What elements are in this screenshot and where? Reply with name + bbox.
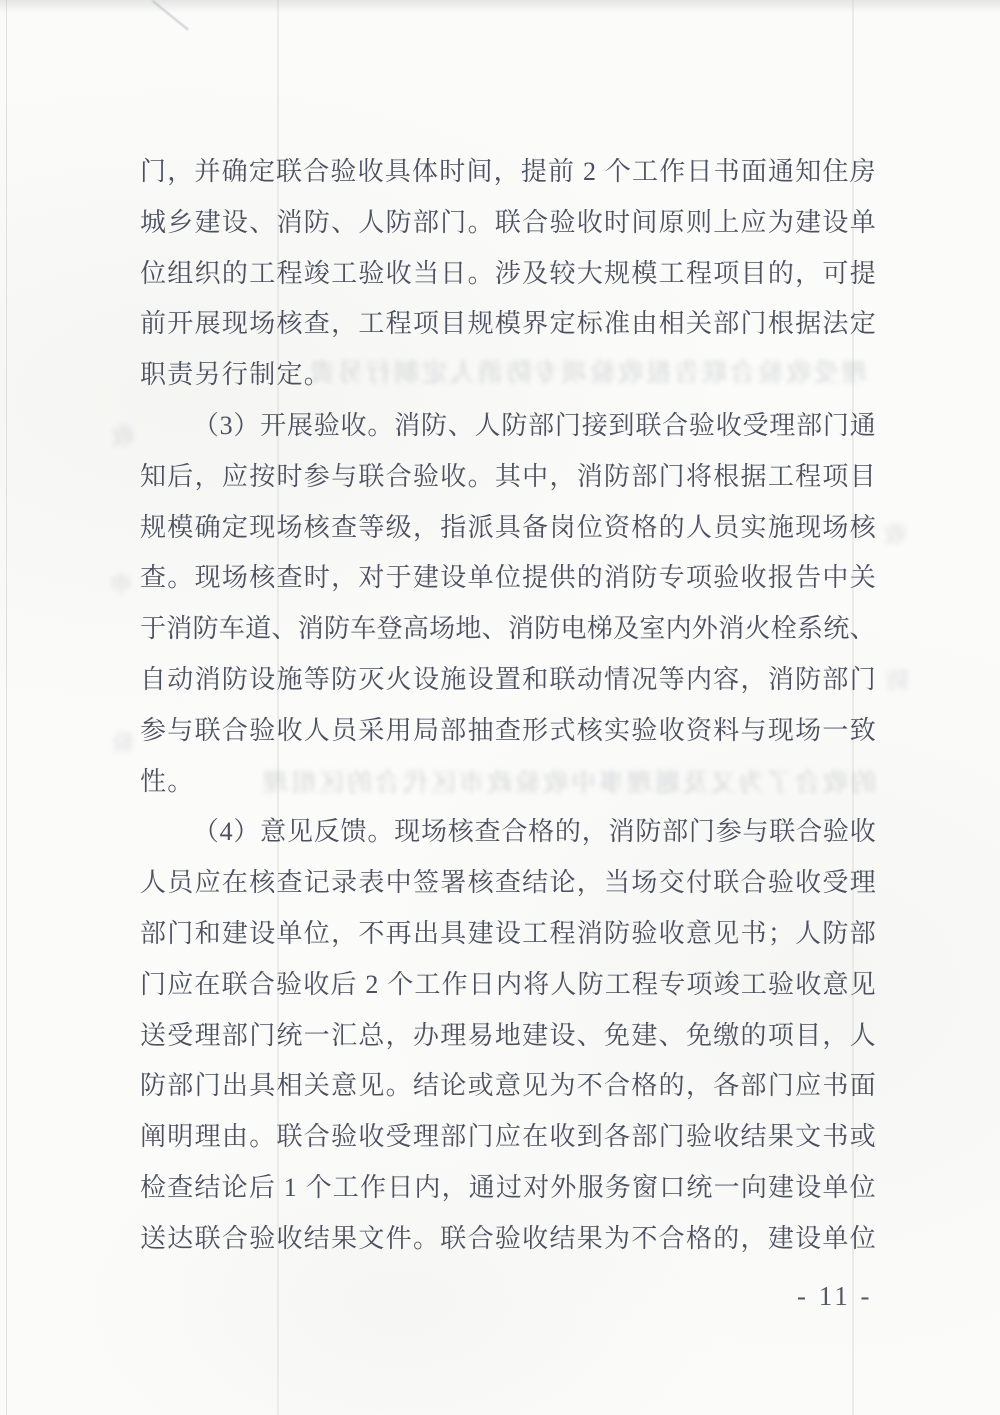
glyph: 时 [276, 452, 302, 503]
text-line: 城乡建设、消防、人防部门。联合验收时间原则上应为建设单 [140, 198, 876, 249]
glyph: 部 [140, 909, 166, 960]
glyph: 门 [440, 198, 466, 249]
glyph: 房 [850, 147, 876, 198]
glyph: 合 [468, 1214, 494, 1265]
glyph: 、 [659, 1011, 685, 1062]
glyph: 格 [686, 1214, 712, 1265]
glyph: 等 [304, 655, 330, 706]
paragraph-continuation: 门，并确定联合验收具体时间，提前 2 个工作日书面通知住房城乡建设、消防、人防部… [140, 147, 876, 401]
glyph: 联 [195, 706, 221, 757]
glyph: 竣 [714, 960, 740, 1011]
glyph: 目 [741, 249, 767, 300]
glyph: 消 [298, 604, 324, 655]
glyph: 防 [795, 655, 821, 706]
glyph: 和 [522, 655, 548, 706]
glyph: 见 [713, 909, 739, 960]
glyph: 单 [468, 553, 494, 604]
glyph: 于 [140, 604, 166, 655]
glyph [276, 1163, 283, 1214]
glyph: 日 [686, 147, 712, 198]
glyph: 受 [743, 401, 769, 452]
glyph: 。 [367, 401, 393, 452]
glyph: 位 [495, 553, 521, 604]
glyph: 不 [358, 909, 384, 960]
glyph: 验 [358, 249, 384, 300]
glyph: 。 [468, 452, 494, 503]
glyph: 相 [276, 1061, 302, 1112]
text-line: 防部门出具相关意见。结论或意见为不合格的，各部门应书面 [140, 1061, 876, 1112]
glyph: ， [577, 858, 603, 909]
glyph: ， [549, 452, 575, 503]
glyph: 统 [276, 1011, 302, 1062]
glyph: 验 [276, 960, 302, 1011]
glyph: 验 [330, 147, 356, 198]
glyph: 收 [276, 706, 302, 757]
glyph: 验 [713, 553, 739, 604]
glyph: 据 [795, 299, 821, 350]
glyph: 门 [850, 655, 876, 706]
glyph: 书 [714, 147, 740, 198]
glyph: 理 [850, 858, 876, 909]
glyph: 根 [713, 452, 739, 503]
glyph: 理 [195, 1011, 221, 1062]
glyph: 设 [413, 655, 439, 706]
glyph: 2 [583, 147, 596, 198]
glyph: 合 [741, 858, 767, 909]
glyph: 间 [631, 198, 657, 249]
glyph: 人 [686, 503, 712, 554]
glyph: 高 [403, 604, 429, 655]
glyph: 灭 [358, 655, 384, 706]
glyph: 面 [850, 1061, 876, 1112]
glyph: 和 [195, 909, 221, 960]
glyph: 论 [222, 1163, 248, 1214]
glyph: 收 [440, 452, 466, 503]
glyph: 展 [195, 299, 221, 350]
glyph: 明 [167, 1112, 193, 1163]
glyph: ， [795, 249, 821, 300]
bleedthrough-speck: 验 [112, 726, 134, 757]
text-line: （3）开展验收。消防、人防部门接到联合验收受理部门通 [140, 401, 876, 452]
glyph: 具 [440, 909, 466, 960]
glyph: 的 [659, 503, 685, 554]
glyph: 程 [686, 249, 712, 300]
glyph: 合 [501, 807, 527, 858]
glyph: 地 [455, 604, 481, 655]
glyph: 单 [850, 198, 876, 249]
glyph: 现 [394, 807, 420, 858]
glyph: 内 [496, 960, 522, 1011]
glyph: 将 [523, 960, 549, 1011]
glyph: 确 [195, 503, 221, 554]
glyph: 核 [304, 503, 330, 554]
glyph: 地 [495, 1011, 521, 1062]
glyph: 设 [222, 198, 248, 249]
glyph: 知 [140, 452, 166, 503]
glyph: 部 [167, 1061, 193, 1112]
glyph: 由 [631, 299, 657, 350]
glyph: 员 [167, 858, 193, 909]
glyph: 员 [713, 503, 739, 554]
glyph: ， [331, 299, 357, 350]
glyph: 验 [495, 1214, 521, 1265]
glyph: 登 [377, 604, 403, 655]
glyph: 程 [632, 960, 658, 1011]
glyph: 工 [249, 249, 275, 300]
glyph: 再 [386, 909, 412, 960]
glyph: 位 [850, 1163, 876, 1214]
glyph: 验 [314, 401, 340, 452]
text-line: 职责另行制定。 [140, 350, 876, 401]
glyph: 、 [249, 198, 275, 249]
text-line: 查。现场核查时，对于建设单位提供的消防专项验收报告中关 [140, 553, 876, 604]
document-body-text: 门，并确定联合验收具体时间，提前 2 个工作日书面通知住房城乡建设、消防、人防部… [140, 147, 876, 1265]
glyph: 、 [577, 1011, 603, 1062]
glyph: 相 [659, 299, 685, 350]
glyph: 施 [440, 655, 466, 706]
glyph: ， [686, 1061, 712, 1112]
glyph: 交 [659, 858, 685, 909]
glyph: 项 [413, 299, 439, 350]
paragraph-item-4: （4）意见反馈。现场核查合格的，消防部门参与联合验收人员应在核查记录表中签署核查… [140, 807, 876, 1264]
glyph: 场 [421, 807, 447, 858]
glyph: 、 [850, 604, 876, 655]
glyph: 当 [604, 858, 630, 909]
glyph: 收 [741, 553, 767, 604]
glyph: 对 [358, 553, 384, 604]
glyph: 日 [440, 249, 466, 300]
glyph: 结 [413, 1061, 439, 1112]
glyph: ， [741, 655, 767, 706]
glyph: 外 [692, 604, 718, 655]
glyph: 合 [222, 1214, 248, 1265]
glyph: 关 [304, 1061, 330, 1112]
glyph: 容 [713, 655, 739, 706]
glyph: 派 [468, 503, 494, 554]
glyph: 向 [741, 1163, 767, 1214]
glyph: 门 [659, 1112, 685, 1163]
glyph: 免 [686, 1011, 712, 1062]
glyph: 付 [686, 858, 712, 909]
glyph: 收 [341, 401, 367, 452]
glyph: 查 [167, 1163, 193, 1214]
glyph: 联 [635, 401, 661, 452]
glyph: ； [768, 909, 794, 960]
glyph: 实 [741, 503, 767, 554]
glyph: 部 [413, 198, 439, 249]
glyph: 反 [314, 807, 340, 858]
glyph: 验 [249, 706, 275, 757]
glyph: 门 [468, 1112, 494, 1163]
glyph: 缴 [713, 1011, 739, 1062]
glyph: 收 [659, 706, 685, 757]
glyph: 格 [631, 503, 657, 554]
glyph: 或 [850, 1112, 876, 1163]
glyph: 关 [850, 553, 876, 604]
glyph: 核 [276, 299, 302, 350]
glyph: 工 [331, 249, 357, 300]
glyph [358, 960, 365, 1011]
glyph: 指 [440, 503, 466, 554]
glyph: 部 [631, 452, 657, 503]
glyph: 1 [284, 1163, 297, 1214]
glyph: 在 [522, 1112, 548, 1163]
glyph: ， [331, 909, 357, 960]
glyph: 联 [276, 147, 302, 198]
glyph: 门 [768, 1061, 794, 1112]
glyph: 3 [220, 401, 233, 452]
glyph: 供 [549, 553, 575, 604]
glyph: 在 [222, 858, 248, 909]
glyph: 各 [713, 1061, 739, 1112]
glyph: 结 [194, 1163, 220, 1214]
glyph: 结 [741, 1112, 767, 1163]
glyph: ） [233, 807, 259, 858]
bleedthrough-speck: 申 [110, 568, 132, 599]
glyph: 到 [609, 401, 635, 452]
glyph: 格 [631, 1061, 657, 1112]
glyph: 火 [386, 655, 412, 706]
glyph: 验 [689, 401, 715, 452]
glyph: 城 [140, 198, 166, 249]
glyph: 梯 [587, 604, 613, 655]
glyph: ， [331, 553, 357, 604]
glyph: 个 [605, 147, 631, 198]
glyph: ） [233, 401, 259, 452]
glyph: 联 [195, 1214, 221, 1265]
glyph: 消 [718, 604, 744, 655]
glyph: 建 [795, 198, 821, 249]
glyph: 通 [469, 1163, 495, 1214]
glyph: 内 [666, 604, 692, 655]
glyph: 馈 [341, 807, 367, 858]
glyph: 确 [222, 147, 248, 198]
glyph: 场 [249, 299, 275, 350]
glyph: 到 [577, 1112, 603, 1163]
glyph: 等 [659, 655, 685, 706]
glyph: 出 [413, 909, 439, 960]
glyph: 程 [795, 452, 821, 503]
glyph: 口 [659, 1163, 685, 1214]
glyph: 。 [468, 249, 494, 300]
glyph: 理 [195, 1112, 221, 1163]
glyph: 防 [222, 655, 248, 706]
glyph: 查 [140, 553, 166, 604]
glyph: 防 [193, 604, 219, 655]
glyph: 收 [577, 198, 603, 249]
glyph: 作 [659, 147, 685, 198]
glyph: 防 [822, 909, 848, 960]
glyph: 见 [522, 1061, 548, 1112]
glyph: 定 [850, 299, 876, 350]
glyph: 设 [822, 198, 848, 249]
glyph: 开 [167, 299, 193, 350]
glyph: 参 [304, 452, 330, 503]
glyph: ， [167, 147, 193, 198]
glyph: 参 [716, 807, 742, 858]
glyph: 工 [522, 909, 548, 960]
glyph: 防 [324, 604, 350, 655]
glyph: 消 [166, 604, 192, 655]
glyph: 的 [741, 1011, 767, 1062]
glyph: 时 [604, 198, 630, 249]
glyph [380, 960, 387, 1011]
glyph: 抽 [468, 706, 494, 757]
glyph: 联 [713, 858, 739, 909]
glyph: 、 [331, 198, 357, 249]
glyph: 界 [522, 299, 548, 350]
glyph: 自 [140, 655, 166, 706]
glyph: 场 [222, 553, 248, 604]
glyph: 设 [468, 655, 494, 706]
glyph: 。 [386, 1061, 412, 1112]
glyph: 为 [549, 1061, 575, 1112]
glyph: 单 [276, 909, 302, 960]
glyph: 汇 [331, 1011, 357, 1062]
glyph: 与 [167, 706, 193, 757]
glyph: 合 [249, 960, 275, 1011]
glyph: 上 [713, 198, 739, 249]
glyph: 书 [822, 1112, 848, 1163]
glyph: 阐 [140, 1112, 166, 1163]
text-line: （4）意见反馈。现场核查合格的，消防部门参与联合验收 [140, 807, 876, 858]
glyph: 场 [276, 503, 302, 554]
glyph: 展 [287, 401, 313, 452]
glyph: 与 [331, 452, 357, 503]
glyph: 门 [195, 1061, 221, 1112]
glyph: 意 [822, 960, 848, 1011]
glyph: 现 [795, 503, 821, 554]
glyph: 查 [276, 858, 302, 909]
glyph: 应 [495, 1112, 521, 1163]
glyph: 验 [331, 1112, 357, 1163]
glyph: 场 [795, 706, 821, 757]
glyph: 查 [475, 807, 501, 858]
glyph: 栓 [771, 604, 797, 655]
glyph: 备 [522, 503, 548, 554]
glyph: 防 [331, 655, 357, 706]
scan-left-edge-line [6, 0, 7, 1415]
glyph: ， [386, 1011, 412, 1062]
glyph: 签 [413, 858, 439, 909]
glyph: 前 [140, 299, 166, 350]
glyph: 消 [577, 452, 603, 503]
glyph: 联 [549, 655, 575, 706]
glyph: 核 [249, 858, 275, 909]
glyph: 收 [386, 249, 412, 300]
glyph: 免 [604, 1011, 630, 1062]
glyph: 门 [823, 401, 849, 452]
glyph: 应 [741, 198, 767, 249]
glyph: 收 [303, 960, 329, 1011]
glyph: 工 [605, 960, 631, 1011]
glyph: 收 [716, 401, 742, 452]
glyph: 防 [386, 198, 412, 249]
glyph: 乡 [167, 198, 193, 249]
glyph: 施 [768, 503, 794, 554]
glyph: 达 [167, 1214, 193, 1265]
glyph: 场 [429, 604, 455, 655]
glyph: 合 [662, 401, 688, 452]
glyph: 表 [358, 858, 384, 909]
glyph: 联 [358, 452, 384, 503]
glyph: 部 [631, 1112, 657, 1163]
glyph: 采 [358, 706, 384, 757]
glyph: 据 [741, 452, 767, 503]
text-line: 门应在联合验收后 2 个工作日内将人防工程专项竣工验收意见 [140, 960, 876, 1011]
glyph: （ [193, 807, 219, 858]
glyph: 实 [604, 706, 630, 757]
glyph: 验 [631, 706, 657, 757]
glyph: 中 [822, 553, 848, 604]
glyph: 目 [850, 452, 876, 503]
glyph: （ [193, 401, 219, 452]
glyph: 程 [386, 299, 412, 350]
glyph: 定 [222, 503, 248, 554]
glyph: 理 [440, 1011, 466, 1062]
glyph: 检 [140, 1163, 166, 1214]
glyph: 联 [495, 198, 521, 249]
glyph: 与 [741, 706, 767, 757]
glyph: 署 [440, 858, 466, 909]
glyph: 验 [768, 960, 794, 1011]
glyph: 部 [796, 401, 822, 452]
glyph: 收 [549, 1112, 575, 1163]
glyph: 意 [686, 909, 712, 960]
text-line: 部门和建设单位，不再出具建设工程消防验收意见书；人防部 [140, 909, 876, 960]
glyph: 的 [222, 249, 248, 300]
glyph: 统 [823, 604, 849, 655]
text-line: 自动消防设施等防灭火设施设置和联动情况等内容，消防部门 [140, 655, 876, 706]
glyph: 查 [304, 299, 330, 350]
text-line: 送达联合验收结果文件。联合验收结果为不合格的，建设单位 [140, 1214, 876, 1265]
glyph: 一 [304, 1011, 330, 1062]
text-line: 性。 [140, 757, 876, 808]
glyph: 日 [387, 1163, 413, 1214]
glyph: 防 [604, 452, 630, 503]
glyph: 建 [468, 909, 494, 960]
glyph: 电 [561, 604, 587, 655]
glyph: 一 [714, 1163, 740, 1214]
glyph: 送 [140, 1011, 166, 1062]
glyph [575, 147, 582, 198]
glyph: 开 [260, 401, 286, 452]
glyph: ， [822, 1011, 848, 1062]
glyph: 按 [249, 452, 275, 503]
glyph: 场 [822, 503, 848, 554]
glyph: 门 [659, 452, 685, 503]
glyph: 提 [850, 249, 876, 300]
glyph: ， [442, 1163, 468, 1214]
glyph: 时 [304, 553, 330, 604]
glyph: 车 [219, 604, 245, 655]
glyph: 一 [822, 706, 848, 757]
glyph: 论 [440, 1061, 466, 1112]
glyph: 式 [549, 706, 575, 757]
glyph: 现 [768, 706, 794, 757]
glyph: 为 [768, 198, 794, 249]
glyph: 体 [412, 147, 438, 198]
glyph: 门 [140, 960, 166, 1011]
glyph: 设 [440, 553, 466, 604]
glyph: 合 [659, 1214, 685, 1265]
glyph: 门 [555, 401, 581, 452]
glyph: 工 [741, 960, 767, 1011]
glyph: 火 [744, 604, 770, 655]
glyph: 部 [528, 401, 554, 452]
glyph: 收 [713, 1112, 739, 1163]
glyph: 可 [822, 249, 848, 300]
